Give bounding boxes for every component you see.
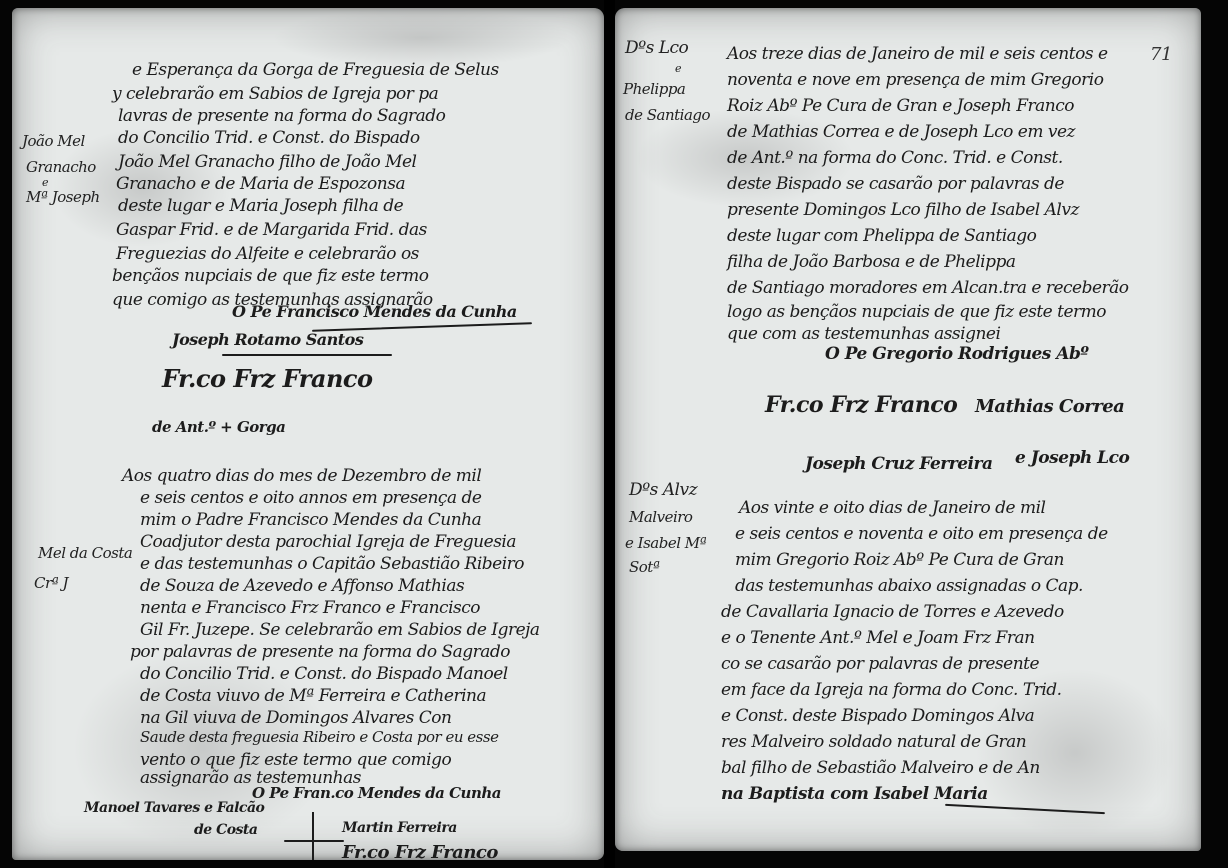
signature: Martin Ferreira	[342, 820, 457, 836]
entry-line: deste Bispado se casarão por palavras de	[727, 174, 1064, 194]
signature: e Joseph Lco	[1015, 448, 1129, 468]
entry-line: presente Domingos Lco filho de Isabel Al…	[727, 200, 1079, 220]
entry-line: e o Tenente Ant.º Mel e Joam Frz Fran	[721, 628, 1035, 648]
entry-line: e das testemunhas o Capitão Sebastião Ri…	[140, 554, 524, 574]
entry-line: de Santiago moradores em Alcan.tra e rec…	[727, 278, 1129, 298]
entry-line: que com as testemunhas assignei	[727, 324, 1000, 344]
margin-note-line: Mel da Costa	[38, 544, 132, 562]
margin-note-line: Malveiro	[629, 508, 692, 526]
margin-note-line: Dºs Alvz	[629, 480, 697, 500]
entry-line: de Costa viuvo de Mª Ferreira e Catherin…	[140, 686, 486, 706]
cross-mark	[284, 840, 344, 842]
stain	[272, 8, 572, 68]
entry-line: na Gil viuva de Domingos Alvares Con	[140, 708, 451, 728]
entry-line: nenta e Francisco Frz Franco e Francisco	[140, 598, 480, 618]
signature: Joseph Cruz Ferreira	[805, 454, 992, 474]
entry-line: de Mathias Correa e de Joseph Lco em vez	[727, 122, 1075, 142]
margin-note-line: e Isabel Mª	[625, 534, 706, 552]
right-manuscript-page: 71 Dºs Lco e Phelippa de Santiago Aos tr…	[615, 8, 1201, 851]
entry-line: em face da Igreja na forma do Conc. Trid…	[721, 680, 1062, 700]
entry-line: de Souza de Azevedo e Affonso Mathias	[140, 576, 464, 596]
entry-line: e seis centos e oito annos em presença d…	[140, 488, 481, 508]
entry-line: Freguezias do Alfeite e celebrarão os	[116, 244, 419, 264]
entry-line: do Concilio Trid. e Const. do Bispado	[118, 128, 420, 148]
entry-line: Granacho e de Maria de Espozonsa	[116, 174, 405, 194]
signature: O Pe Francisco Mendes da Cunha	[232, 302, 517, 321]
margin-note-line: Mª Joseph	[26, 188, 100, 206]
margin-note-line: Granacho	[26, 158, 96, 176]
entry-line: de Ant.º na forma do Conc. Trid. e Const…	[727, 148, 1063, 168]
entry-line: João Mel Granacho filho de João Mel	[118, 152, 417, 172]
signature: de Costa	[194, 822, 257, 838]
signature-mark: de Ant.º + Gorga	[152, 418, 285, 436]
entry-line: Gaspar Frid. e de Margarida Frid. das	[116, 220, 427, 240]
signature: Fr.co Frz Franco	[342, 842, 498, 860]
cross-mark	[312, 812, 314, 860]
signature: Manoel Tavares e Falcão	[84, 800, 264, 816]
entry-line: e Const. deste Bispado Domingos Alva	[721, 706, 1034, 726]
entry-line: bal filho de Sebastião Malveiro e de An	[721, 758, 1040, 778]
entry-line: deste lugar e Maria Joseph filha de	[118, 196, 403, 216]
entry-line: bençãos nupciais de que fiz este termo	[112, 266, 429, 286]
signature: O Pe Fran.co Mendes da Cunha	[252, 784, 501, 802]
entry-line: vento o que fiz este termo que comigo	[140, 750, 451, 770]
entry-line: na Baptista com Isabel Maria	[721, 784, 988, 804]
entry-line: por palavras de presente na forma do Sag…	[130, 642, 510, 662]
entry-line: mim Gregorio Roiz Abº Pe Cura de Gran	[735, 550, 1064, 570]
entry-line: e seis centos e noventa e oito em presen…	[735, 524, 1108, 544]
margin-note-line: Phelippa	[623, 80, 685, 98]
entry-line: Aos vinte e oito dias de Janeiro de mil	[739, 498, 1045, 518]
margin-note-line: Crª J	[34, 574, 68, 592]
signature: Fr.co Frz Franco	[162, 364, 373, 393]
margin-note-line: e	[675, 62, 681, 75]
left-manuscript-page: João Mel Granacho e Mª Joseph e Esperanç…	[12, 8, 604, 860]
page-number: 71	[1150, 44, 1172, 65]
signature: O Pe Gregorio Rodrigues Abº	[825, 344, 1088, 364]
entry-line: res Malveiro soldado natural de Gran	[721, 732, 1026, 752]
entry-line: logo as bençãos nupciais de que fiz este…	[727, 302, 1106, 322]
entry-line: Saude desta freguesia Ribeiro e Costa po…	[140, 728, 498, 746]
entry-line: deste lugar com Phelippa de Santiago	[727, 226, 1036, 246]
book-gutter	[604, 0, 615, 868]
signature-flourish	[222, 354, 392, 356]
margin-note-line: Sotª	[629, 558, 659, 576]
entry-line: co se casarão por palavras de presente	[721, 654, 1039, 674]
entry-line: filha de João Barbosa e de Phelippa	[727, 252, 1016, 272]
entry-line: Roiz Abº Pe Cura de Gran e Joseph Franco	[727, 96, 1074, 116]
signature: Fr.co Frz Franco	[765, 392, 957, 418]
entry-line: noventa e nove em presença de mim Gregor…	[727, 70, 1103, 90]
margin-note-line: de Santiago	[625, 106, 710, 124]
margin-note-line: João Mel	[22, 132, 85, 150]
entry-line: das testemunhas abaixo assignadas o Cap.	[735, 576, 1083, 596]
entry-line: Gil Fr. Juzepe. Se celebrarão em Sabios …	[140, 620, 540, 640]
entry-line: lavras de presente na forma do Sagrado	[118, 106, 445, 126]
entry-line: mim o Padre Francisco Mendes da Cunha	[140, 510, 481, 530]
entry-line: Coadjutor desta parochial Igreja de Freg…	[140, 532, 516, 552]
entry-line: e Esperança da Gorga de Freguesia de Sel…	[132, 60, 499, 80]
margin-note-line: Dºs Lco	[625, 38, 688, 58]
entry-line: de Cavallaria Ignacio de Torres e Azeved…	[721, 602, 1064, 622]
entry-line: do Concilio Trid. e Const. do Bispado Ma…	[140, 664, 508, 684]
entry-line: y celebrarão em Sabios de Igreja por pa	[112, 84, 438, 104]
signature: Joseph Rotamo Santos	[172, 330, 363, 349]
entry-line: Aos quatro dias do mes de Dezembro de mi…	[122, 466, 481, 486]
entry-line: Aos treze dias de Janeiro de mil e seis …	[727, 44, 1108, 64]
signature: Mathias Correa	[975, 396, 1124, 417]
